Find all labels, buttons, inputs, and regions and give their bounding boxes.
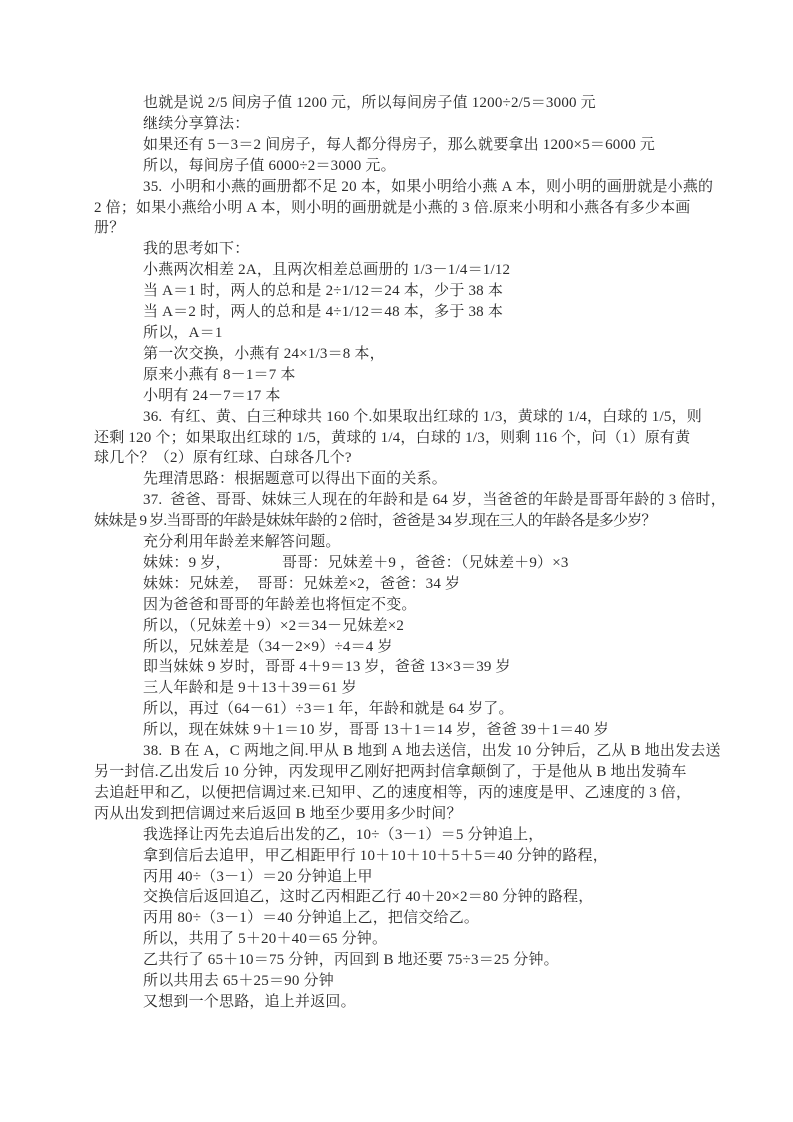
text-line: 小明有 24－7＝17 本 [94, 386, 719, 407]
text-line: 三人年龄和是 9＋13＋39＝61 岁 [94, 678, 719, 699]
text-line: 原来小燕有 8－1＝7 本 [94, 365, 719, 386]
text-line: 小燕两次相差 2A，且两次相差总画册的 1/3－1/4＝1/12 [94, 260, 719, 281]
text-line: 乙共行了 65＋10＝75 分钟，丙回到 B 地还要 75÷3＝25 分钟。 [94, 950, 719, 971]
text-line: 还剩 120 个；如果取出红球的 1/5，黄球的 1/4，白球的 1/3，则剩 … [94, 428, 719, 449]
text-line: 册？ [94, 218, 719, 239]
text-line: 38. B 在 A，C 两地之间.甲从 B 地到 A 地去送信，出发 10 分钟… [94, 741, 719, 762]
text-line: 我选择让丙先去追后出发的乙，10÷（3－1）＝5 分钟追上， [94, 825, 719, 846]
text-line: 当 A＝2 时，两人的总和是 4÷1/12＝48 本，多于 38 本 [94, 302, 719, 323]
text-line: 又想到一个思路，追上并返回。 [94, 992, 719, 1013]
text-line: 丙用 40÷（3－1）＝20 分钟追上甲 [94, 867, 719, 888]
text-line: 丙用 80÷（3－1）＝40 分钟追上乙，把信交给乙。 [94, 908, 719, 929]
text-line: 先理清思路：根据题意可以得出下面的关系。 [94, 469, 719, 490]
text-line: 所以，A＝1 [94, 323, 719, 344]
text-line: 妹妹：9 岁， 哥哥：兄妹差＋9 ，爸爸：（兄妹差＋9）×3 [94, 553, 719, 574]
text-line: 因为爸爸和哥哥的年龄差也将恒定不变。 [94, 595, 719, 616]
text-line: 37. 爸爸、哥哥、妹妹三人现在的年龄和是 64 岁，当爸爸的年龄是哥哥年龄的 … [94, 490, 719, 511]
text-line: 2 倍；如果小燕给小明 A 本，则小明的画册就是小燕的 3 倍.原来小明和小燕各… [94, 198, 719, 219]
text-line: 所以，现在妹妹 9＋1＝10 岁，哥哥 13＋1＝14 岁，爸爸 39＋1＝40… [94, 720, 719, 741]
text-line: 当 A＝1 时，两人的总和是 2÷1/12＝24 本，少于 38 本 [94, 281, 719, 302]
text-line: 即当妹妹 9 岁时，哥哥 4＋9＝13 岁，爸爸 13×3＝39 岁 [94, 657, 719, 678]
text-line: 也就是说 2/5 间房子值 1200 元，所以每间房子值 1200÷2/5＝30… [94, 93, 719, 114]
text-line: 所以共用去 65＋25＝90 分钟 [94, 971, 719, 992]
text-line: 36. 有红、黄、白三种球共 160 个.如果取出红球的 1/3，黄球的 1/4… [94, 407, 719, 428]
text-line: 第一次交换，小燕有 24×1/3＝8 本， [94, 344, 719, 365]
text-line: 所以，再过（64－61）÷3＝1 年，年龄和就是 64 岁了。 [94, 699, 719, 720]
document-page: 也就是说 2/5 间房子值 1200 元，所以每间房子值 1200÷2/5＝30… [0, 0, 793, 1122]
text-line: 妹妹：兄妹差， 哥哥：兄妹差×2，爸爸：34 岁 [94, 574, 719, 595]
text-line: 如果还有 5－3＝2 间房子，每人都分得房子，那么就要拿出 1200×5＝600… [94, 135, 719, 156]
text-line: 所以，共用了 5＋20＋40＝65 分钟。 [94, 929, 719, 950]
text-line: 交换信后返回追乙，这时乙丙相距乙行 40＋20×2＝80 分钟的路程， [94, 887, 719, 908]
text-line: 所以，（兄妹差＋9）×2＝34－兄妹差×2 [94, 616, 719, 637]
text-line: 35. 小明和小燕的画册都不足 20 本，如果小明给小燕 A 本，则小明的画册就… [94, 177, 719, 198]
text-line: 继续分享算法： [94, 114, 719, 135]
text-line: 球几个？（2）原有红球、白球各几个? [94, 448, 719, 469]
text-line: 另一封信.乙出发后 10 分钟，丙发现甲乙刚好把两封信拿颠倒了，于是他从 B 地… [94, 762, 719, 783]
text-line: 妹妹是 9 岁.当哥哥的年龄是妹妹年龄的 2 倍时，爸爸是 34 岁.现在三人的… [94, 511, 719, 532]
text-line: 充分利用年龄差来解答问题。 [94, 532, 719, 553]
text-block: 也就是说 2/5 间房子值 1200 元，所以每间房子值 1200÷2/5＝30… [94, 93, 719, 1013]
text-line: 丙从出发到把信调过来后返回 B 地至少要用多少时间？ [94, 804, 719, 825]
text-line: 我的思考如下： [94, 239, 719, 260]
text-line: 所以，兄妹差是（34－2×9）÷4＝4 岁 [94, 637, 719, 658]
text-line: 去追赶甲和乙，以便把信调过来.已知甲、乙的速度相等，丙的速度是甲、乙速度的 3 … [94, 783, 719, 804]
text-line: 所以，每间房子值 6000÷2＝3000 元。 [94, 156, 719, 177]
text-line: 拿到信后去追甲，甲乙相距甲行 10＋10＋10＋5＋5＝40 分钟的路程， [94, 846, 719, 867]
